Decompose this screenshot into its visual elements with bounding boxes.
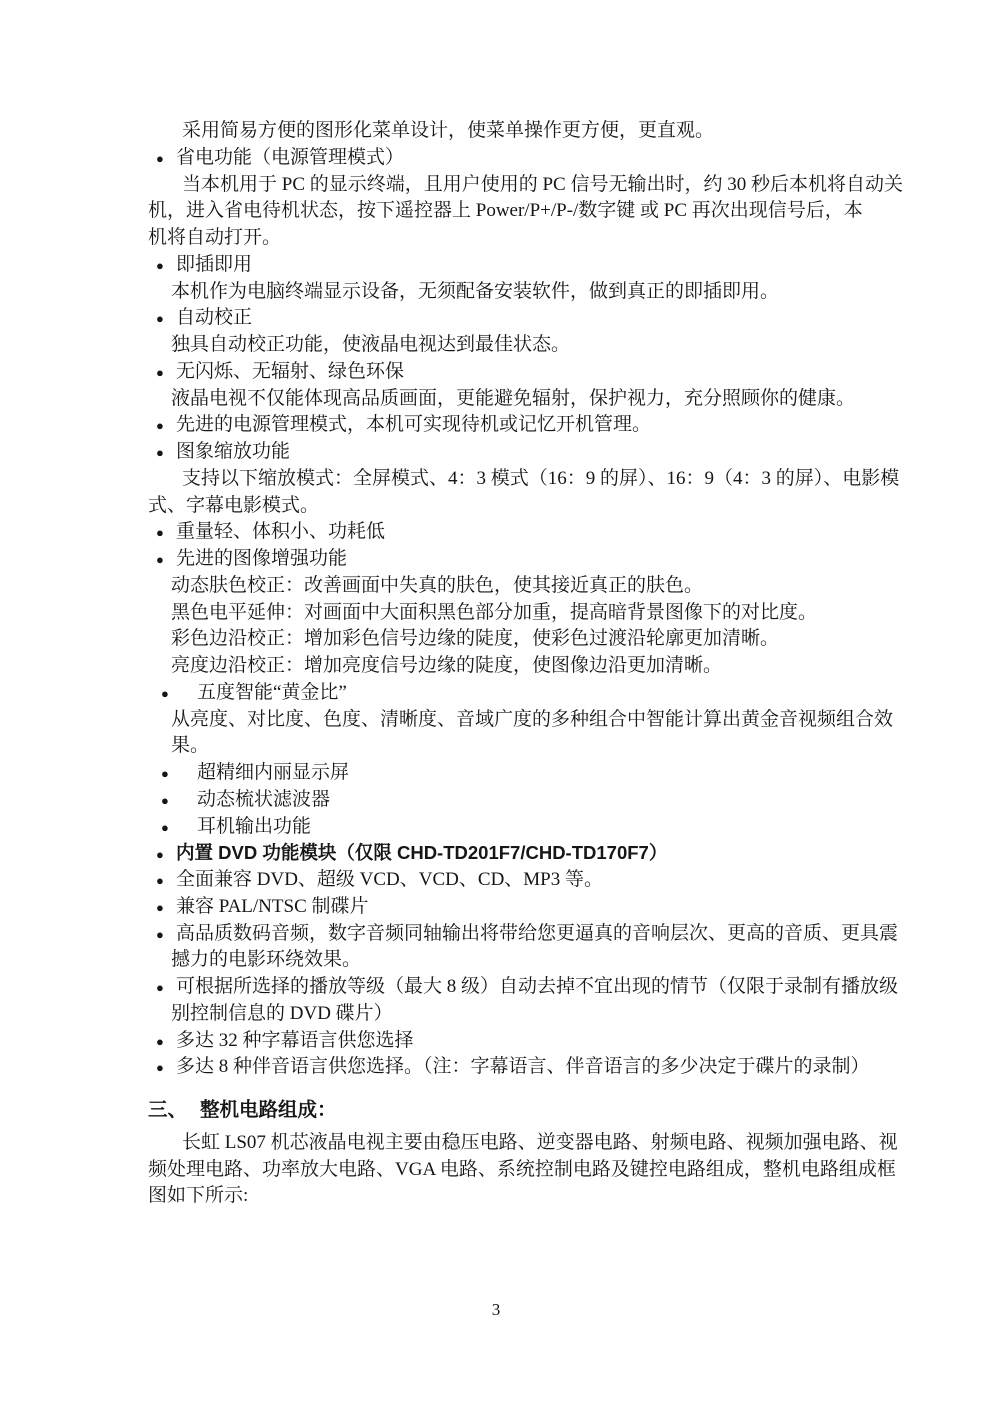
bullet-icon: ● <box>156 413 176 440</box>
line-text: 频处理电路、功率放大电路、VGA 电路、系统控制电路及键控电路组成，整机电路组成… <box>148 1159 896 1180</box>
line-text: 机将自动打开。 <box>148 227 281 248</box>
bullet-icon: ● <box>156 1029 176 1056</box>
text-line: 机将自动打开。 <box>148 225 852 252</box>
feature-list: 采用简易方便的图形化菜单设计，使菜单操作更方便，更直观。●省电功能（电源管理模式… <box>148 118 852 1081</box>
document-page: 采用简易方便的图形化菜单设计，使菜单操作更方便，更直观。●省电功能（电源管理模式… <box>0 0 992 1404</box>
line-text: 动态肤色校正：改善画面中失真的肤色，使其接近真正的肤色。 <box>171 575 703 596</box>
text-line: 彩色边沿校正：增加彩色信号边缘的陡度，使彩色过渡沿轮廓更加清晰。 <box>148 626 852 653</box>
feature-item: ●无闪烁、无辐射、绿色环保 <box>148 359 852 386</box>
feature-item: ●即插即用 <box>148 252 852 279</box>
feature-item: ●五度智能“黄金比” <box>148 680 852 707</box>
bullet-icon: ● <box>156 868 176 895</box>
text-line: 支持以下缩放模式：全屏模式、4：3 模式（16：9 的屏）、16：9（4：3 的… <box>148 466 852 493</box>
line-text: 从亮度、对比度、色度、清晰度、音域广度的多种组合中智能计算出黄金音视频组合效 <box>171 709 893 730</box>
section-paragraph: 长虹 LS07 机芯液晶电视主要由稳压电路、逆变器电路、射频电路、视频加强电路、… <box>148 1130 852 1210</box>
feature-item: ●省电功能（电源管理模式） <box>148 145 852 172</box>
bullet-icon: ● <box>156 440 176 467</box>
feature-item: ●超精细内丽显示屏 <box>148 760 852 787</box>
line-text: 兼容 PAL/NTSC 制碟片 <box>176 896 369 917</box>
line-text: 图如下所示: <box>148 1185 248 1206</box>
text-line: 亮度边沿校正：增加亮度信号边缘的陡度，使图像边沿更加清晰。 <box>148 653 852 680</box>
text-line: 动态肤色校正：改善画面中失真的肤色，使其接近真正的肤色。 <box>148 573 852 600</box>
line-text: 先进的图像增强功能 <box>176 548 347 569</box>
line-text: 省电功能（电源管理模式） <box>176 147 404 168</box>
line-text: 式、字幕电影模式。 <box>148 495 319 516</box>
text-line: 采用简易方便的图形化菜单设计，使菜单操作更方便，更直观。 <box>148 118 852 145</box>
feature-item: ●多达 8 种伴音语言供您选择。（注：字幕语言、伴音语言的多少决定于碟片的录制） <box>148 1054 852 1081</box>
text-line: 频处理电路、功率放大电路、VGA 电路、系统控制电路及键控电路组成，整机电路组成… <box>148 1157 852 1184</box>
bullet-icon: ● <box>156 975 176 1002</box>
line-text: 内置 DVD 功能模块（仅限 CHD-TD201F7/CHD-TD170F7） <box>176 842 667 863</box>
text-line: 式、字幕电影模式。 <box>148 493 852 520</box>
bullet-icon: ● <box>156 842 176 869</box>
line-text: 机，进入省电待机状态，按下遥控器上 Power/P+/P-/数字键 或 PC 再… <box>148 200 863 221</box>
feature-item: ●自动校正 <box>148 305 852 332</box>
page-number: 3 <box>0 1300 992 1320</box>
line-text: 可根据所选择的播放等级（最大 8 级）自动去掉不宜出现的情节（仅限于录制有播放级 <box>176 976 898 997</box>
line-text: 撼力的电影环绕效果。 <box>171 949 361 970</box>
bullet-icon: ● <box>156 520 176 547</box>
line-text: 自动校正 <box>176 307 252 328</box>
feature-item: ●先进的电源管理模式，本机可实现待机或记忆开机管理。 <box>148 412 852 439</box>
bullet-icon: ● <box>156 895 176 922</box>
text-line: 撼力的电影环绕效果。 <box>148 947 852 974</box>
line-text: 高品质数码音频，数字音频同轴输出将带给您更逼真的音响层次、更高的音质、更具震 <box>176 923 898 944</box>
line-text: 多达 8 种伴音语言供您选择。（注：字幕语言、伴音语言的多少决定于碟片的录制） <box>176 1056 870 1077</box>
text-line: 果。 <box>148 733 852 760</box>
bullet-icon: ● <box>156 922 176 949</box>
line-text: 独具自动校正功能，使液晶电视达到最佳状态。 <box>171 334 570 355</box>
text-line: 独具自动校正功能，使液晶电视达到最佳状态。 <box>148 332 852 359</box>
line-text: 无闪烁、无辐射、绿色环保 <box>176 361 404 382</box>
line-text: 多达 32 种字幕语言供您选择 <box>176 1030 414 1051</box>
line-text: 采用简易方便的图形化菜单设计，使菜单操作更方便，更直观。 <box>182 120 714 141</box>
line-text: 超精细内丽显示屏 <box>197 762 349 783</box>
bullet-icon: ● <box>156 146 176 173</box>
bullet-icon: ● <box>156 1055 176 1082</box>
line-text: 全面兼容 DVD、超级 VCD、VCD、CD、MP3 等。 <box>176 869 603 890</box>
feature-item: ●可根据所选择的播放等级（最大 8 级）自动去掉不宜出现的情节（仅限于录制有播放… <box>148 974 852 1001</box>
text-line: 图如下所示: <box>148 1183 852 1210</box>
feature-item: ●先进的图像增强功能 <box>148 546 852 573</box>
line-text: 先进的电源管理模式，本机可实现待机或记忆开机管理。 <box>176 414 651 435</box>
feature-item: ●耳机输出功能 <box>148 814 852 841</box>
bullet-icon: ● <box>161 788 197 815</box>
line-text: 图象缩放功能 <box>176 441 290 462</box>
text-line: 机，进入省电待机状态，按下遥控器上 Power/P+/P-/数字键 或 PC 再… <box>148 198 852 225</box>
text-line: 当本机用于 PC 的显示终端，且用户使用的 PC 信号无输出时，约 30 秒后本… <box>148 172 852 199</box>
line-text: 支持以下缩放模式：全屏模式、4：3 模式（16：9 的屏）、16：9（4：3 的… <box>182 468 899 489</box>
bullet-icon: ● <box>161 815 197 842</box>
line-text: 耳机输出功能 <box>197 816 311 837</box>
text-line: 液晶电视不仅能体现高品质画面，更能避免辐射，保护视力，充分照顾你的健康。 <box>148 386 852 413</box>
line-text: 即插即用 <box>176 254 252 275</box>
line-text: 黑色电平延伸：对画面中大面积黑色部分加重，提高暗背景图像下的对比度。 <box>171 602 817 623</box>
line-text: 彩色边沿校正：增加彩色信号边缘的陡度，使彩色过渡沿轮廓更加清晰。 <box>171 628 779 649</box>
section-heading-number: 三、 <box>148 1099 187 1121</box>
line-text: 长虹 LS07 机芯液晶电视主要由稳压电路、逆变器电路、射频电路、视频加强电路、… <box>182 1132 898 1153</box>
bullet-icon: ● <box>156 360 176 387</box>
feature-item: ●图象缩放功能 <box>148 439 852 466</box>
feature-item: ●内置 DVD 功能模块（仅限 CHD-TD201F7/CHD-TD170F7） <box>148 840 852 867</box>
bullet-icon: ● <box>156 253 176 280</box>
line-text: 本机作为电脑终端显示设备，无须配备安装软件，做到真正的即插即用。 <box>171 281 779 302</box>
feature-item: ●重量轻、体积小、功耗低 <box>148 519 852 546</box>
bullet-icon: ● <box>156 547 176 574</box>
bullet-icon: ● <box>161 761 197 788</box>
bullet-icon: ● <box>161 681 197 708</box>
line-text: 重量轻、体积小、功耗低 <box>176 521 385 542</box>
section-heading-title: 整机电路组成： <box>200 1099 337 1121</box>
feature-item: ●兼容 PAL/NTSC 制碟片 <box>148 894 852 921</box>
line-text: 五度智能“黄金比” <box>197 682 347 703</box>
line-text: 亮度边沿校正：增加亮度信号边缘的陡度，使图像边沿更加清晰。 <box>171 655 722 676</box>
feature-item: ●动态梳状滤波器 <box>148 787 852 814</box>
feature-item: ●高品质数码音频，数字音频同轴输出将带给您更逼真的音响层次、更高的音质、更具震 <box>148 921 852 948</box>
text-line: 黑色电平延伸：对画面中大面积黑色部分加重，提高暗背景图像下的对比度。 <box>148 600 852 627</box>
section-heading: 三、整机电路组成： <box>148 1097 852 1124</box>
text-line: 本机作为电脑终端显示设备，无须配备安装软件，做到真正的即插即用。 <box>148 279 852 306</box>
document-body: 采用简易方便的图形化菜单设计，使菜单操作更方便，更直观。●省电功能（电源管理模式… <box>148 118 852 1210</box>
line-text: 别控制信息的 DVD 碟片） <box>171 1003 393 1024</box>
line-text: 液晶电视不仅能体现高品质画面，更能避免辐射，保护视力，充分照顾你的健康。 <box>171 388 855 409</box>
text-line: 长虹 LS07 机芯液晶电视主要由稳压电路、逆变器电路、射频电路、视频加强电路、… <box>148 1130 852 1157</box>
feature-item: ●多达 32 种字幕语言供您选择 <box>148 1028 852 1055</box>
line-text: 当本机用于 PC 的显示终端，且用户使用的 PC 信号无输出时，约 30 秒后本… <box>182 174 903 195</box>
line-text: 果。 <box>171 735 209 756</box>
line-text: 动态梳状滤波器 <box>197 789 330 810</box>
text-line: 别控制信息的 DVD 碟片） <box>148 1001 852 1028</box>
text-line: 从亮度、对比度、色度、清晰度、音域广度的多种组合中智能计算出黄金音视频组合效 <box>148 707 852 734</box>
bullet-icon: ● <box>156 306 176 333</box>
feature-item: ●全面兼容 DVD、超级 VCD、VCD、CD、MP3 等。 <box>148 867 852 894</box>
